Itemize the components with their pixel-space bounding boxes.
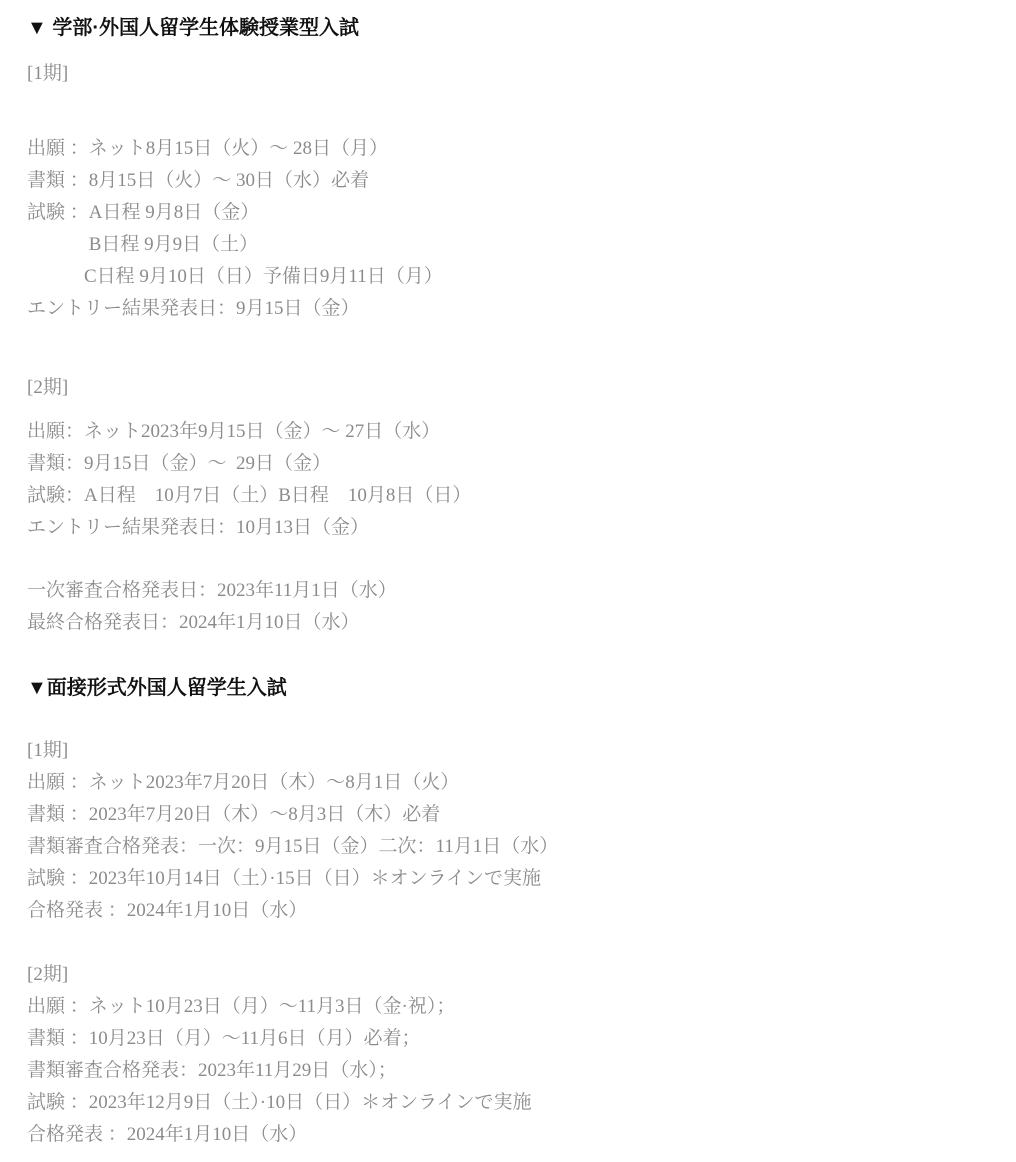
section-title: 面接形式外国人留学生入試: [47, 677, 287, 699]
document-screening-results-line: 書類審査合格発表：一次：9月15日（金）二次：11月1日（水）: [27, 831, 996, 863]
exam-schedule-line: 試験：A日程 10月7日（土）B日程 10月8日（日）: [27, 480, 996, 512]
period-1-schedule-block: 出願 ：ネット8月15日（火）～ 28日（月） 書類 ：8月15日（火）～ 30…: [27, 133, 996, 325]
period-2-schedule-block: [2期] 出願 ：ネット10月23日（月）～11月3日（金·祝）； 書類 ：10…: [27, 959, 996, 1151]
documents-line: 書類 ：8月15日（火）～ 30日（水）必着: [27, 165, 996, 197]
results-announcement-line: 合格発表 ：2024年1月10日（水）: [27, 1119, 996, 1151]
exam-schedule-line: 試験 ：2023年12月9日（土）·10日（日）＊オンラインで実施: [27, 1087, 996, 1119]
section-heading-taiken: ▼ 学部·外国人留学生体験授業型入試: [27, 14, 996, 42]
application-line: 出願 ：ネット10月23日（月）～11月3日（金·祝）；: [27, 991, 996, 1023]
period-1-schedule-block: [1期] 出願 ：ネット2023年7月20日（木）～8月1日（火） 書類 ：20…: [27, 735, 996, 927]
period-1-label: [1期]: [27, 58, 996, 90]
period-2-label: [2期]: [27, 959, 996, 991]
documents-line: 書類 ：2023年7月20日（木）～8月3日（木）必着: [27, 799, 996, 831]
period-1-label: [1期]: [27, 735, 996, 767]
exam-schedule-b-line: B日程 9月9日（土）: [27, 229, 996, 261]
results-announcement-line: 合格発表 ：2024年1月10日（水）: [27, 895, 996, 927]
application-line: 出願 ：ネット2023年7月20日（木）～8月1日（火）: [27, 767, 996, 799]
final-results-line: 最終合格発表日：2024年1月10日（水）: [27, 607, 996, 639]
exam-schedule-line: 試験 ：2023年10月14日（土）·15日（日）＊オンラインで実施: [27, 863, 996, 895]
period-2-label: [2期]: [27, 372, 996, 404]
section-title: 学部·外国人留学生体験授業型入試: [52, 17, 359, 39]
triangle-down-icon: ▼: [27, 677, 47, 699]
period-2-label-block: [2期]: [27, 372, 996, 404]
entry-results-line: エントリー結果発表日：10月13日（金）: [27, 512, 996, 544]
application-line: 出願 ：ネット8月15日（火）～ 28日（月）: [27, 133, 996, 165]
application-line: 出願：ネット2023年9月15日（金）～ 27日（水）: [27, 416, 996, 448]
period-2-schedule-block: 出願：ネット2023年9月15日（金）～ 27日（水） 書類：9月15日（金）～…: [27, 416, 996, 544]
first-screening-results-line: 一次審査合格発表日：2023年11月1日（水）: [27, 575, 996, 607]
section-heading-mensetsu: ▼面接形式外国人留学生入試: [27, 674, 996, 702]
documents-line: 書類：9月15日（金）～ 29日（金）: [27, 448, 996, 480]
admissions-schedule-page: ▼ 学部·外国人留学生体験授業型入試 [1期] 出願 ：ネット8月15日（火）～…: [0, 0, 1016, 1161]
document-screening-results-line: 書類審査合格発表：2023年11月29日（水）；: [27, 1055, 996, 1087]
exam-schedule-a-line: 試験 ：A日程 9月8日（金）: [27, 197, 996, 229]
final-results-block: 一次審査合格発表日：2023年11月1日（水） 最終合格発表日：2024年1月1…: [27, 575, 996, 639]
section-mensetsu-nyushi: ▼面接形式外国人留学生入試 [1期] 出願 ：ネット2023年7月20日（木）～…: [27, 674, 996, 1151]
exam-schedule-c-line: C日程 9月10日（日）予備日9月11日（月）: [27, 261, 996, 293]
entry-results-line: エントリー結果発表日：9月15日（金）: [27, 293, 996, 325]
triangle-down-icon: ▼: [27, 17, 52, 39]
period-1-label-block: [1期]: [27, 58, 996, 90]
section-taiken-jugyo-nyushi: ▼ 学部·外国人留学生体験授業型入試 [1期] 出願 ：ネット8月15日（火）～…: [27, 14, 996, 639]
documents-line: 書類 ：10月23日（月）～11月6日（月）必着；: [27, 1023, 996, 1055]
